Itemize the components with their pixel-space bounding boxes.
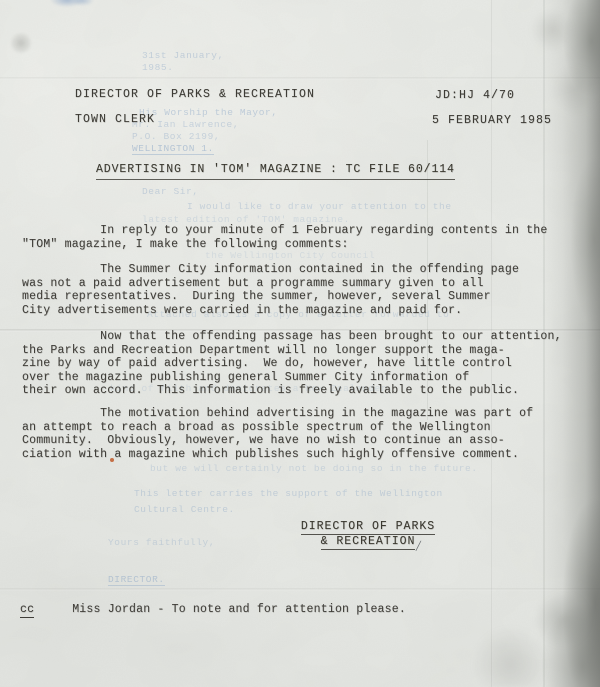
letter-date: 5 FEBRUARY 1985 [432,114,552,128]
cc-label: cc [20,603,34,618]
signature-line-1: DIRECTOR OF PARKS [301,520,435,535]
signature-line-2: & RECREATION [321,535,416,550]
scanned-letter-page: 31st January, 1985. His Worship the Mayo… [0,0,600,687]
recipient-line-director: DIRECTOR OF PARKS & RECREATION [75,88,315,102]
signature-block: DIRECTOR OF PARKS & RECREATION [288,519,448,549]
paragraph-4: The motivation behind advertising in the… [22,407,537,461]
paragraph-3: Now that the offending passage has been … [22,330,537,398]
recipient-line-town-clerk: TOWN CLERK [75,113,155,127]
paragraph-1: In reply to your minute of 1 February re… [22,224,537,251]
subject-title: ADVERTISING IN 'TOM' MAGAZINE : TC FILE … [96,163,455,180]
reference-code: JD:HJ 4/70 [435,89,515,103]
cc-text: Miss Jordan - To note and for attention … [34,603,406,616]
cc-line: ccMiss Jordan - To note and for attentio… [20,603,406,617]
paragraph-2: The Summer City information contained in… [22,263,537,317]
letter-content: DIRECTOR OF PARKS & RECREATION TOWN CLER… [0,0,600,687]
